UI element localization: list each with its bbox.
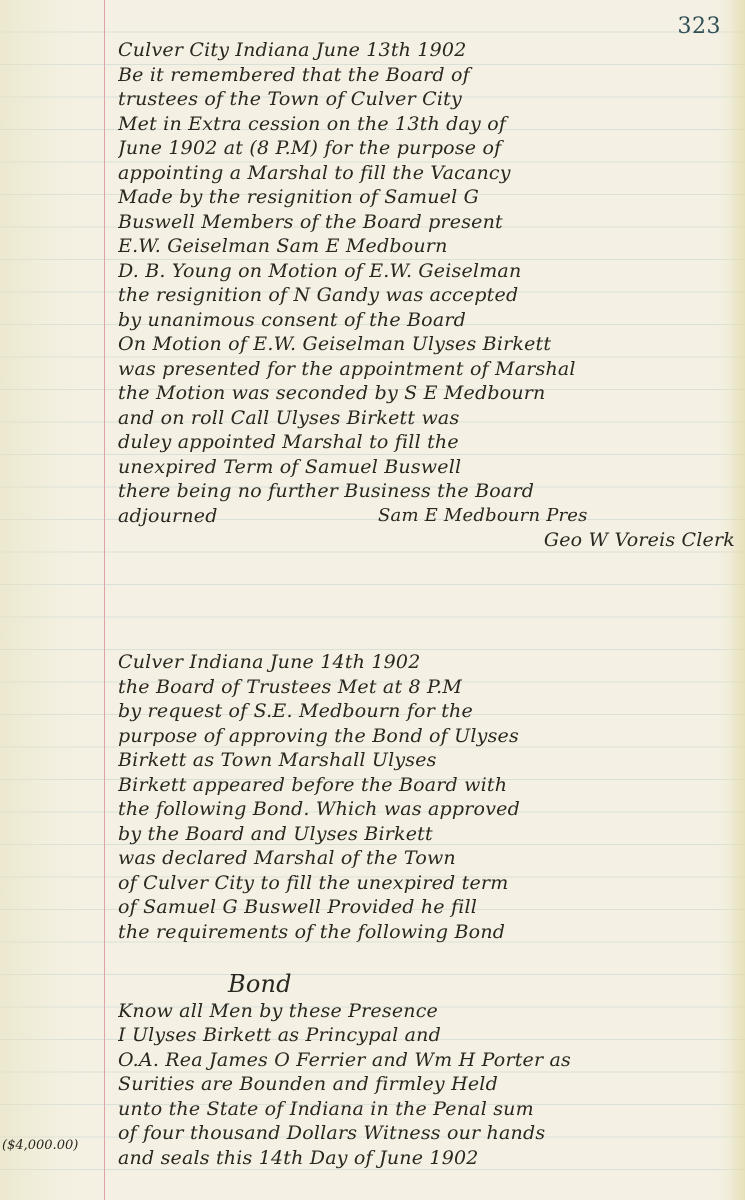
entry-line: On Motion of E.W. Geiselman Ulyses Birke…: [118, 332, 743, 357]
entry-line: the Board of Trustees Met at 8 P.M: [118, 675, 743, 700]
entry-line: appointing a Marshal to fill the Vacancy: [118, 161, 743, 186]
entry-line: duley appointed Marshal to fill the: [118, 430, 743, 455]
entry-line: by request of S.E. Medbourn for the: [118, 699, 743, 724]
spacer: [118, 944, 743, 969]
entry-line: and on roll Call Ulyses Birkett was: [118, 406, 743, 431]
entry-line: was presented for the appointment of Mar…: [118, 357, 743, 382]
page-number: 323: [678, 14, 722, 39]
adjourned-line: adjourned Sam E Medbourn Pres: [118, 504, 743, 529]
entry-line: by unanimous consent of the Board: [118, 308, 743, 333]
bond-line: unto the State of Indiana in the Penal s…: [118, 1097, 743, 1122]
ledger-page: 323 Culver City Indiana June 13th 1902 B…: [0, 0, 745, 1200]
entry-line: trustees of the Town of Culver City: [118, 87, 743, 112]
entry-line: unexpired Term of Samuel Buswell: [118, 455, 743, 480]
minutes-entry-june-14: Culver Indiana June 14th 1902 the Board …: [118, 650, 743, 1170]
entry-line: of Culver City to fill the unexpired ter…: [118, 871, 743, 896]
bond-line: and seals this 14th Day of June 1902: [118, 1146, 743, 1171]
bond-heading: Bond: [118, 969, 743, 999]
bond-line: O.A. Rea James O Ferrier and Wm H Porter…: [118, 1048, 743, 1073]
entry-line: by the Board and Ulyses Birkett: [118, 822, 743, 847]
entry-line: purpose of approving the Bond of Ulyses: [118, 724, 743, 749]
entry-line: June 1902 at (8 P.M) for the purpose of: [118, 136, 743, 161]
entry-line: Be it remembered that the Board of: [118, 63, 743, 88]
entry-line: was declared Marshal of the Town: [118, 846, 743, 871]
bond-line: Surities are Bounden and firmley Held: [118, 1072, 743, 1097]
signature-clerk: Geo W Voreis Clerk: [118, 528, 743, 553]
signature-president: Sam E Medbourn Pres: [378, 504, 588, 529]
entry-heading: Culver City Indiana June 13th 1902: [118, 38, 743, 63]
entry-line: Made by the resignition of Samuel G: [118, 185, 743, 210]
bond-line: Know all Men by these Presence: [118, 999, 743, 1024]
entry-line: Birkett as Town Marshall Ulyses: [118, 748, 743, 773]
entry-line: Birkett appeared before the Board with: [118, 773, 743, 798]
entry-line: the Motion was seconded by S E Medbourn: [118, 381, 743, 406]
bond-line: of four thousand Dollars Witness our han…: [118, 1121, 743, 1146]
entry-line: D. B. Young on Motion of E.W. Geiselman: [118, 259, 743, 284]
entry-line: Buswell Members of the Board present: [118, 210, 743, 235]
entry-line: Met in Extra cession on the 13th day of: [118, 112, 743, 137]
entry-line: the following Bond. Which was approved: [118, 797, 743, 822]
entry-line: E.W. Geiselman Sam E Medbourn: [118, 234, 743, 259]
adjourned-word: adjourned: [118, 505, 218, 527]
entry-heading: Culver Indiana June 14th 1902: [118, 650, 743, 675]
margin-rule: [104, 0, 105, 1200]
entry-line: there being no further Business the Boar…: [118, 479, 743, 504]
entry-line: of Samuel G Buswell Provided he fill: [118, 895, 743, 920]
entry-line: the resignition of N Gandy was accepted: [118, 283, 743, 308]
margin-note-bond-amount: ($4,000.00): [2, 1138, 78, 1153]
entry-line: the requirements of the following Bond: [118, 920, 743, 945]
minutes-entry-june-13: Culver City Indiana June 13th 1902 Be it…: [118, 38, 743, 553]
bond-line: I Ulyses Birkett as Princypal and: [118, 1023, 743, 1048]
